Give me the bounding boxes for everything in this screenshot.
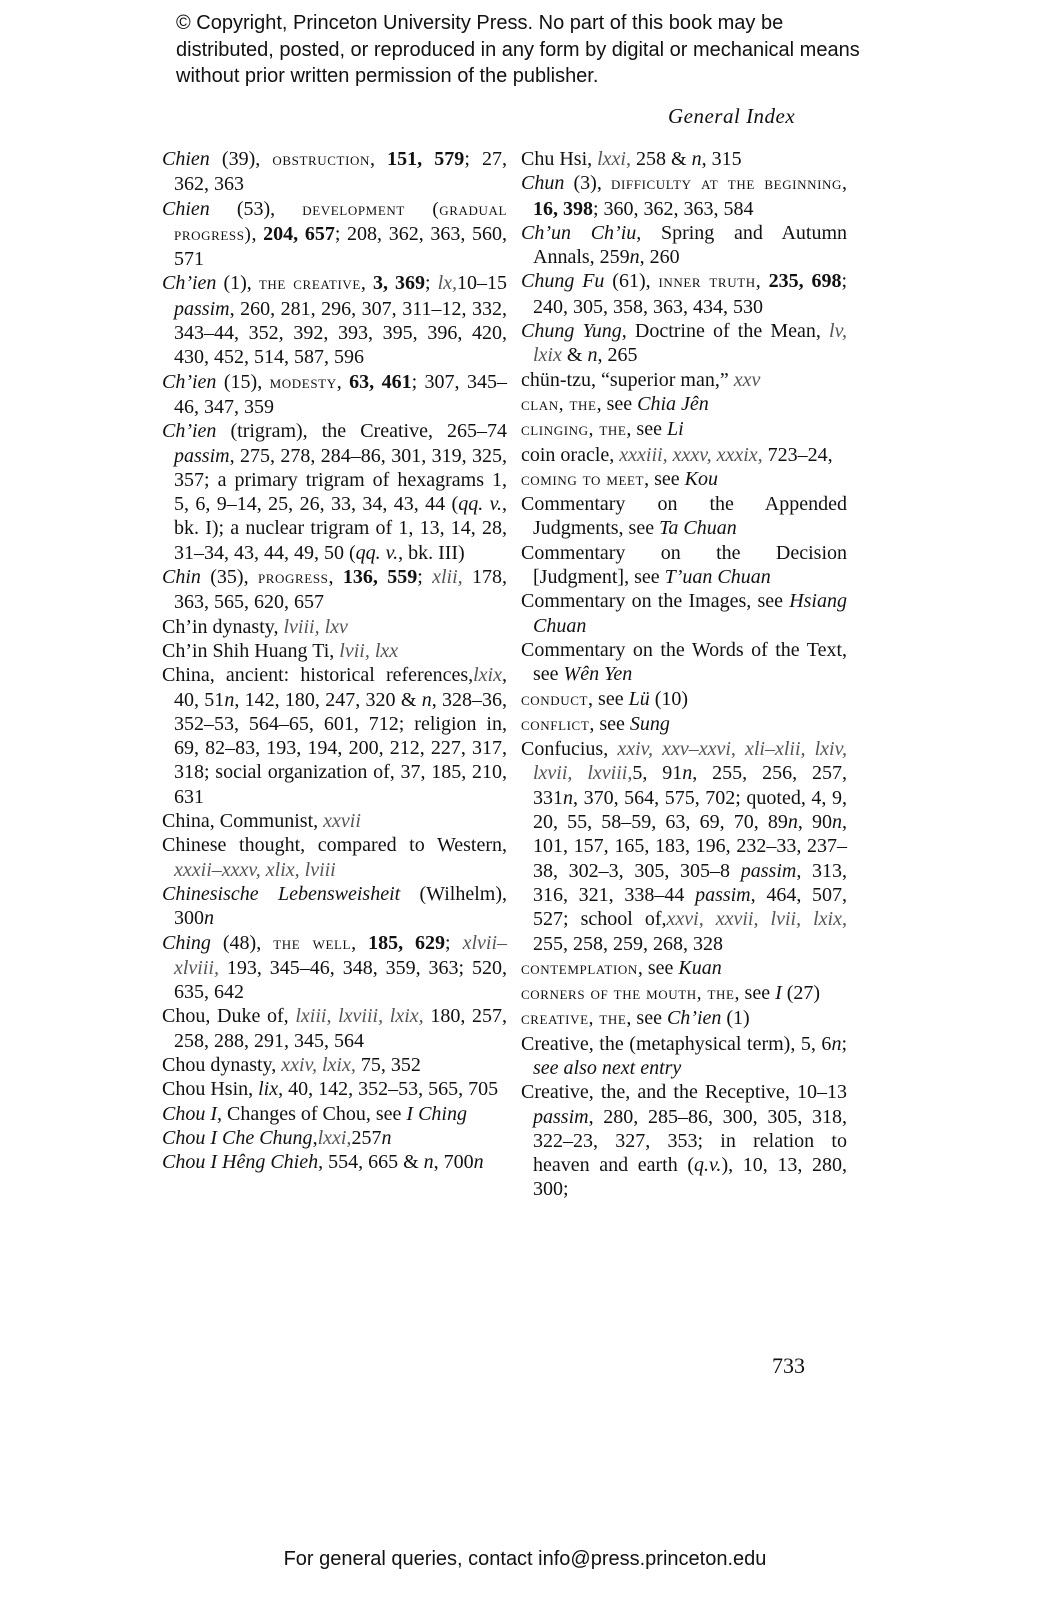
index-entry-text: ,	[842, 172, 847, 194]
index-entry-text: (39),	[210, 148, 273, 170]
index-entry-text: Ching	[162, 932, 211, 954]
index-entry-text: xxxii–xxxv, xlix, lviii	[174, 859, 336, 881]
index-entry-text: Ta Chuan	[659, 517, 737, 539]
index-entry-text: CLINGING, THE	[521, 419, 626, 440]
index-entry: Ch’in dynasty, lviii, lxv	[162, 615, 507, 639]
index-entry: Ching (48), THE WELL, 185, 629; xlvii–xl…	[162, 931, 507, 1005]
index-entry-text: , Changes of Chou, see	[217, 1103, 406, 1125]
index-entry-text: coin oracle,	[521, 444, 619, 466]
index-entry-text: Chun	[521, 172, 564, 194]
index-entry-text: ,	[351, 932, 368, 954]
index-entry-text: , Doctrine of the Mean,	[622, 320, 829, 342]
index-entry-text: Ch’ien	[162, 420, 216, 442]
index-entry-text: lx,	[438, 272, 457, 294]
index-entry-text: , 142, 180, 247, 320 &	[234, 689, 421, 711]
index-entry-text: Lü	[629, 688, 650, 710]
index-entry: CONDUCT, see Lü (10)	[521, 687, 847, 712]
index-entry-text: Ch’ien	[162, 371, 216, 393]
index-entry-text: qq. v.	[458, 493, 502, 515]
index-entry-text: n	[204, 907, 214, 929]
index-column-right: Chu Hsi, lxxi, 258 & n, 315Chun (3), DIF…	[521, 147, 847, 1202]
index-entry-text: , 40, 142, 352–53, 565, 705	[278, 1078, 498, 1100]
index-entry-text: , see	[626, 418, 667, 440]
index-entry-text: n	[587, 344, 597, 366]
index-entry-text: ;	[445, 932, 463, 954]
index-entry-text: n	[424, 1151, 434, 1173]
index-entry-text: PROGRESS	[258, 567, 329, 588]
index-entry-text: lvii, lxx	[339, 640, 398, 662]
index-entry-text: ,	[361, 272, 373, 294]
index-entry-text: passim	[741, 860, 797, 882]
index-entry: Chung Yung, Doctrine of the Mean, lv, lx…	[521, 319, 847, 368]
index-entry-text: (15),	[216, 371, 269, 393]
index-entry: Creative, the (metaphysical term), 5, 6n…	[521, 1032, 847, 1081]
index-entry-text: Kou	[685, 468, 718, 490]
index-entry-text: CONDUCT	[521, 689, 588, 710]
index-entry-text: 16, 398	[533, 198, 593, 220]
index-entry-text: CONTEMPLATION	[521, 958, 638, 979]
index-entry: COMING TO MEET, see Kou	[521, 467, 847, 492]
index-entry-text: n	[788, 811, 798, 833]
index-entry-text: xxvii	[323, 810, 361, 832]
index-entry-text: n	[832, 811, 842, 833]
index-entry-text: 204, 657	[263, 223, 335, 245]
index-entry-text: n	[381, 1127, 391, 1149]
index-entry-text: 257	[351, 1127, 381, 1149]
index-entry-text: lxxi,	[318, 1127, 352, 1149]
index-entry-text: MODESTY	[270, 372, 337, 393]
index-entry-text: 63, 461	[349, 371, 411, 393]
index-entry-text: Chou dynasty,	[162, 1054, 281, 1076]
index-entry-text: , see	[589, 713, 630, 735]
index-entry-text: CLAN, THE	[521, 394, 597, 415]
index-entry: Ch’ien (15), MODESTY, 63, 461; 307, 345–…	[162, 370, 507, 420]
index-entry: Chou I Hêng Chieh, 554, 665 & n, 700n	[162, 1150, 507, 1174]
index-entry-text: , 315	[702, 148, 742, 170]
index-entry-text: 255, 258, 259, 268, 328	[533, 933, 723, 955]
index-entry: Chinese thought, compared to Western, xx…	[162, 833, 507, 882]
index-entry-text: n	[474, 1151, 484, 1173]
index-entry-text: n	[831, 1033, 841, 1055]
index-entry-text: Li	[667, 418, 684, 440]
index-entry: Commentary on the Words of the Text, see…	[521, 638, 847, 687]
index-entry-text: (53),	[210, 198, 302, 220]
index-entry: Chou dynasty, xxiv, lxix, 75, 352	[162, 1053, 507, 1077]
index-entry-text: Ch’in Shih Huang Ti,	[162, 640, 339, 662]
index-entry-text: lxix	[473, 664, 502, 686]
index-entry: China, Communist, xxvii	[162, 809, 507, 833]
index-entry: CORNERS OF THE MOUTH, THE, see I (27)	[521, 981, 847, 1006]
index-entry-text: Sung	[630, 713, 670, 735]
index-entry-text: n	[563, 787, 573, 809]
index-entry-text: xxv	[734, 369, 761, 391]
index-entry-text: Chien	[162, 198, 210, 220]
footer-contact: For general queries, contact info@press.…	[0, 1548, 1050, 1571]
index-entry-text: (1),	[216, 272, 258, 294]
index-entry: Chou, Duke of, lxiii, lxviii, lxix, 180,…	[162, 1004, 507, 1053]
index-entry: Commentary on the Decision [Judgment], s…	[521, 541, 847, 590]
index-entry: Chou Hsin, lix, 40, 142, 352–53, 565, 70…	[162, 1077, 507, 1101]
index-entry: CLINGING, THE, see Li	[521, 417, 847, 442]
index-entry-text: Ch’un Ch’iu	[521, 222, 636, 244]
index-entry-text: passim	[174, 298, 230, 320]
index-entry-text: Ch’ien	[667, 1007, 721, 1029]
index-entry-text: &	[562, 344, 588, 366]
index-entry-text: Chu Hsi,	[521, 148, 597, 170]
index-entry-text: lviii, lxv	[283, 616, 347, 638]
index-entry-text: , see	[644, 468, 685, 490]
index-entry-text: Wên Yen	[564, 663, 633, 685]
index-entry-text: Creative, the (metaphysical term), 5, 6	[521, 1033, 831, 1055]
index-entry: Ch’un Ch’iu, Spring and Autumn Annals, 2…	[521, 221, 847, 270]
index-entry-text: (27)	[782, 982, 820, 1004]
index-entry-text: , bk. III)	[398, 542, 465, 564]
index-entry-text: ,	[337, 371, 349, 393]
index-entry-text: China, Communist,	[162, 810, 323, 832]
index-entry-text: ; 360, 362, 363, 584	[593, 198, 754, 220]
index-entry-text: China, ancient: historical references,	[162, 664, 473, 686]
index-entry-text: Chou Hsin,	[162, 1078, 258, 1100]
index-entry: Chou I, Changes of Chou, see I Ching	[162, 1102, 507, 1126]
index-entry: Chu Hsi, lxxi, 258 & n, 315	[521, 147, 847, 171]
index-entry-text: , see	[588, 688, 629, 710]
index-entry: chün-tzu, “superior man,” xxv	[521, 368, 847, 392]
index-entry-text: q.v.	[694, 1154, 721, 1176]
index-entry-text: I	[775, 982, 782, 1004]
index-entry-text: , 554, 665 &	[318, 1151, 424, 1173]
copyright-notice: © Copyright, Princeton University Press.…	[176, 10, 876, 90]
index-entry-text: (3),	[564, 172, 611, 194]
index-entry-text: , 265	[597, 344, 637, 366]
index-entry-text: ,	[251, 223, 263, 245]
index-entry-text: Chou I	[162, 1103, 217, 1125]
index-entry-text: qq. v.	[356, 542, 398, 564]
index-entry: Commentary on the Appended Judgments, se…	[521, 492, 847, 541]
index-entry: CLAN, THE, see Chia Jên	[521, 392, 847, 417]
index-entry-text: n	[630, 246, 640, 268]
index-entry-text: 151, 579	[387, 148, 464, 170]
page-number: 733	[772, 1353, 805, 1379]
index-entry-text: Ch’ien	[162, 272, 216, 294]
index-column-left: Chien (39), OBSTRUCTION, 151, 579; 27, 3…	[162, 147, 507, 1174]
index-entry-text: Chung Fu	[521, 270, 604, 292]
index-entry-text: passim	[695, 884, 751, 906]
index-entry-text: n	[682, 762, 692, 784]
index-entry-text: lxiii, lxviii, lxix,	[295, 1005, 423, 1027]
index-entry-text: xxiv, lxix,	[281, 1054, 356, 1076]
index-entry: Ch’in Shih Huang Ti, lvii, lxx	[162, 639, 507, 663]
index-entry-text: passim	[533, 1106, 589, 1128]
index-entry-text: 10–15	[457, 272, 507, 294]
index-entry-text: 185, 629	[368, 932, 445, 954]
index-entry-text: ,	[329, 566, 343, 588]
index-entry-text: Chinesische Lebensweisheit	[162, 883, 400, 905]
index-entry-text: Chou I Che Chung	[162, 1127, 313, 1149]
running-head: General Index	[668, 104, 795, 129]
index-entry-text: Chung Yung	[521, 320, 622, 342]
index-entry-text: 3, 369	[373, 272, 425, 294]
index-entry-text: ;	[841, 1033, 847, 1055]
index-entry-text: (trigram), the Creative, 265–74	[216, 420, 507, 442]
index-entry-text: 723–24,	[763, 444, 833, 466]
index-entry: Chin (35), PROGRESS, 136, 559; xlii, 178…	[162, 565, 507, 615]
index-entry: CONFLICT, see Sung	[521, 712, 847, 737]
index-entry-text: Kuan	[678, 957, 721, 979]
index-entry-text: xxxiii, xxxv, xxxix,	[619, 444, 762, 466]
index-entry-text: Chia Jên	[637, 393, 709, 415]
index-entry-text: , 260	[640, 246, 680, 268]
index-entry-text: OBSTRUCTION	[272, 149, 370, 170]
index-entry-text: Confucius,	[521, 738, 617, 760]
index-entry-text: (48),	[211, 932, 273, 954]
index-entry-text: ;	[425, 272, 438, 294]
index-entry-text: n	[422, 689, 432, 711]
index-entry: Chinesische Lebensweisheit (Wilhelm), 30…	[162, 882, 507, 931]
index-entry-text: 5, 91	[632, 762, 682, 784]
index-entry-text: THE WELL	[273, 933, 351, 954]
index-entry-text: INNER TRUTH	[658, 271, 755, 292]
index-entry-text: I Ching	[406, 1103, 467, 1125]
index-entry-text: , see	[735, 982, 776, 1004]
index-entry-text: , see	[638, 957, 679, 979]
index-entry-text: Chou I Hêng Chieh	[162, 1151, 318, 1173]
index-entry: Chou I Che Chung,lxxi,257n	[162, 1126, 507, 1150]
index-entry-text: 258 &	[631, 148, 692, 170]
index-entry-text: CORNERS OF THE MOUTH, THE	[521, 983, 735, 1004]
index-entry: Confucius, xxiv, xxv–xxvi, xli–xlii, lxi…	[521, 737, 847, 956]
index-entry-text: , 700	[434, 1151, 474, 1173]
index-entry-text: , see	[597, 393, 638, 415]
index-entry-text: lxxi,	[597, 148, 631, 170]
index-entry-text: ;	[417, 566, 432, 588]
index-entry-text: see also next entry	[533, 1057, 681, 1079]
index-entry: Ch’ien (trigram), the Creative, 265–74 p…	[162, 419, 507, 565]
index-entry-text: T’uan Chuan	[665, 566, 771, 588]
index-entry-text: DIFFICULTY AT THE BEGINNING	[611, 173, 842, 194]
index-entry-text: chün-tzu, “superior man,”	[521, 369, 734, 391]
index-entry: Creative, the, and the Receptive, 10–13 …	[521, 1080, 847, 1201]
index-entry: CONTEMPLATION, see Kuan	[521, 956, 847, 981]
index-entry-text: 235, 698	[769, 270, 842, 292]
index-entry-text: (61),	[604, 270, 658, 292]
index-entry-text: COMING TO MEET	[521, 469, 644, 490]
index-entry-text: THE CREATIVE	[259, 273, 361, 294]
index-entry: Chien (39), OBSTRUCTION, 151, 579; 27, 3…	[162, 147, 507, 197]
index-entry-text: , 90	[798, 811, 832, 833]
index-entry: Chun (3), DIFFICULTY AT THE BEGINNING, 1…	[521, 171, 847, 221]
index-entry-text: Chien	[162, 148, 210, 170]
index-entry-text: Commentary on the Images, see	[521, 590, 789, 612]
index-entry-text: 193, 345–46, 348, 359, 363; 520, 635, 64…	[174, 957, 507, 1003]
index-entry: Chien (53), DEVELOPMENT (GRADUAL PROGRES…	[162, 197, 507, 272]
index-entry-text: (35),	[201, 566, 258, 588]
index-entry-text: Chin	[162, 566, 201, 588]
index-entry-text: Chinese thought, compared to Western,	[162, 834, 507, 856]
index-entry: coin oracle, xxxiii, xxxv, xxxix, 723–24…	[521, 443, 847, 467]
index-entry-text: 75, 352	[356, 1054, 421, 1076]
index-entry: Chung Fu (61), INNER TRUTH, 235, 698; 24…	[521, 269, 847, 319]
index-entry-text: Creative, the, and the Receptive, 10–13	[521, 1081, 847, 1103]
index-entry-text: ,	[756, 270, 769, 292]
index-entry-text: passim	[174, 445, 230, 467]
index-entry: Ch’ien (1), THE CREATIVE, 3, 369; lx,10–…	[162, 271, 507, 369]
index-entry-text: (1)	[721, 1007, 749, 1029]
index-entry-text: 136, 559	[343, 566, 417, 588]
index-entry: CREATIVE, THE, see Ch’ien (1)	[521, 1006, 847, 1031]
index-entry-text: lix	[258, 1078, 278, 1100]
index-entry-text: xxvi, xxvii, lvii, lxix,	[667, 908, 847, 930]
index-entry-text: CREATIVE, THE	[521, 1008, 626, 1029]
index-entry-text: CONFLICT	[521, 714, 589, 735]
index-entry-text: xlii,	[432, 566, 463, 588]
index-entry-text: n	[692, 148, 702, 170]
index-entry-text: (10)	[650, 688, 688, 710]
index-entry-text: Ch’in dynasty,	[162, 616, 283, 638]
index-entry-text: ,	[370, 148, 387, 170]
index-entry-text: , see	[626, 1007, 667, 1029]
index-entry-text: Chou, Duke of,	[162, 1005, 295, 1027]
index-entry: China, ancient: historical references,lx…	[162, 663, 507, 809]
index-entry: Commentary on the Images, see Hsiang Chu…	[521, 589, 847, 638]
index-entry-text: n	[224, 689, 234, 711]
